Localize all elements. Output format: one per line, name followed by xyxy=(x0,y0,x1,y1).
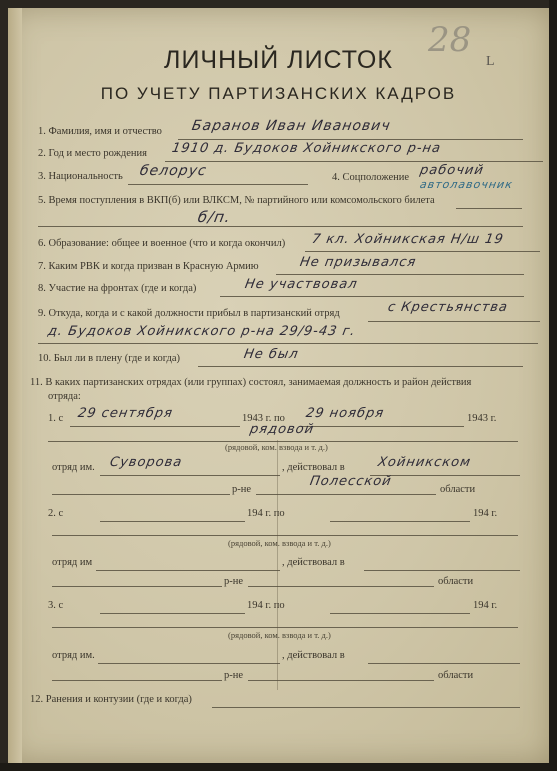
field-label-captivity: 10. Был ли в плену (где и когда) xyxy=(38,353,180,364)
field-line xyxy=(330,613,470,614)
field-line xyxy=(38,226,523,227)
field-line xyxy=(248,586,434,587)
field-line xyxy=(52,680,222,681)
field-line xyxy=(100,613,245,614)
field-line xyxy=(364,570,520,571)
field-line xyxy=(52,627,518,628)
field-line xyxy=(52,586,222,587)
document-subtitle: ПО УЧЕТУ ПАРТИЗАНСКИХ КАДРОВ xyxy=(0,84,557,104)
scan-border xyxy=(549,0,557,771)
detachment-1-acted-label: , действовал в xyxy=(282,462,345,473)
detachment-3-name-label: отряд им. xyxy=(52,650,95,661)
field-line xyxy=(70,426,240,427)
field-line xyxy=(302,426,464,427)
field-line xyxy=(305,251,540,252)
detachment-2-position-hint: (рядовой, ком. взвода и т. д.) xyxy=(228,538,331,548)
field-line xyxy=(456,208,522,209)
field-line xyxy=(330,521,470,522)
field-value-arrival-line2: д. Будоков Хойникского р-на 29/9-43 г. xyxy=(47,324,357,339)
field-value-social: рабочий xyxy=(419,163,485,178)
field-value-education: 7 кл. Хойникская Н/ш 19 xyxy=(311,232,505,247)
field-label-name: 1. Фамилия, имя и отчество xyxy=(38,126,162,137)
detachment-2-region-label: области xyxy=(438,576,473,587)
field-line xyxy=(100,475,280,476)
detachment-1-to-year: 1943 г. xyxy=(467,413,496,424)
field-label-fronts: 8. Участие на фронтах (где и когда) xyxy=(38,283,196,294)
field-line xyxy=(96,570,280,571)
detachment-1-num: 1. с xyxy=(48,413,63,424)
field-line xyxy=(165,161,543,162)
field-label-detachments-line2: отряда: xyxy=(48,391,81,402)
detachment-3-position-hint: (рядовой, ком. взвода и т. д.) xyxy=(228,630,331,640)
detachment-3-num: 3. с xyxy=(48,600,63,611)
field-label-birth: 2. Год и место рождения xyxy=(38,148,147,159)
field-label-social: 4. Соцположение xyxy=(332,172,409,183)
detachment-1-district-label: р-не xyxy=(232,484,251,495)
field-line xyxy=(52,535,518,536)
detachment-1-district: Хойникском xyxy=(377,455,473,470)
field-label-detachments: 11. В каких партизанских отрядах (или гр… xyxy=(30,377,471,388)
field-label-arrival: 9. Откуда, когда и с какой должности при… xyxy=(38,308,340,319)
field-line xyxy=(38,343,538,344)
detachment-1-from: 29 сентября xyxy=(77,406,174,421)
field-value-party: б/п. xyxy=(196,208,232,226)
field-line xyxy=(248,680,434,681)
scan-border-bottom xyxy=(0,763,557,771)
field-line xyxy=(178,139,523,140)
detachment-3-region-label: области xyxy=(438,670,473,681)
field-label-party: 5. Время поступления в ВКП(б) или ВЛКСМ,… xyxy=(38,195,435,206)
field-value-fronts: Не участвовал xyxy=(244,277,359,292)
detachment-3-district-label: р-не xyxy=(224,670,243,681)
detachment-1-name-label: отряд им. xyxy=(52,462,95,473)
field-value-name: Баранов Иван Иванович xyxy=(191,118,392,134)
field-value-nationality: белорус xyxy=(139,163,208,179)
field-line xyxy=(98,663,280,664)
field-label-nationality: 3. Национальность xyxy=(38,171,123,182)
detachment-3-to-year: 194 г. xyxy=(473,600,497,611)
detachment-3-from-year: 194 г. по xyxy=(247,600,285,611)
field-line xyxy=(368,321,540,322)
field-label-conscription: 7. Каким РВК и когда призван в Красную А… xyxy=(38,261,259,272)
field-label-wounds: 12. Ранения и контузии (где и когда) xyxy=(30,694,192,705)
detachment-2-district-label: р-не xyxy=(224,576,243,587)
detachment-1-name: Суворова xyxy=(109,455,184,470)
paper-fold xyxy=(277,440,278,690)
detachment-1-region: Полесской xyxy=(309,474,393,489)
detachment-2-num: 2. с xyxy=(48,508,63,519)
detachment-1-to: 29 ноября xyxy=(305,406,386,421)
field-label-education: 6. Образование: общее и военное (что и к… xyxy=(38,238,285,249)
field-line xyxy=(368,663,520,664)
field-line xyxy=(276,274,524,275)
field-value-social-extra: автолавочник xyxy=(419,178,514,191)
field-value-birth: 1910 д. Будоков Хойникского р-на xyxy=(171,141,443,156)
paper-edge xyxy=(8,8,22,763)
field-value-captivity: Не был xyxy=(243,347,300,362)
field-line xyxy=(100,521,245,522)
detachment-1-region-label: области xyxy=(440,484,475,495)
detachment-1-position: рядовой xyxy=(249,422,316,437)
field-line xyxy=(52,494,230,495)
detachment-2-to-year: 194 г. xyxy=(473,508,497,519)
field-value-conscription: Не призывался xyxy=(299,255,418,270)
field-line xyxy=(256,494,436,495)
field-line xyxy=(212,707,520,708)
detachment-3-acted-label: , действовал в xyxy=(282,650,345,661)
field-line xyxy=(220,296,524,297)
detachment-2-name-label: отряд им xyxy=(52,557,92,568)
field-line xyxy=(198,366,523,367)
document-title: ЛИЧНЫЙ ЛИСТОК xyxy=(0,46,557,75)
field-line xyxy=(128,184,308,185)
detachment-2-from-year: 194 г. по xyxy=(247,508,285,519)
field-value-arrival: с Крестьянства xyxy=(387,300,509,315)
detachment-2-acted-label: , действовал в xyxy=(282,557,345,568)
